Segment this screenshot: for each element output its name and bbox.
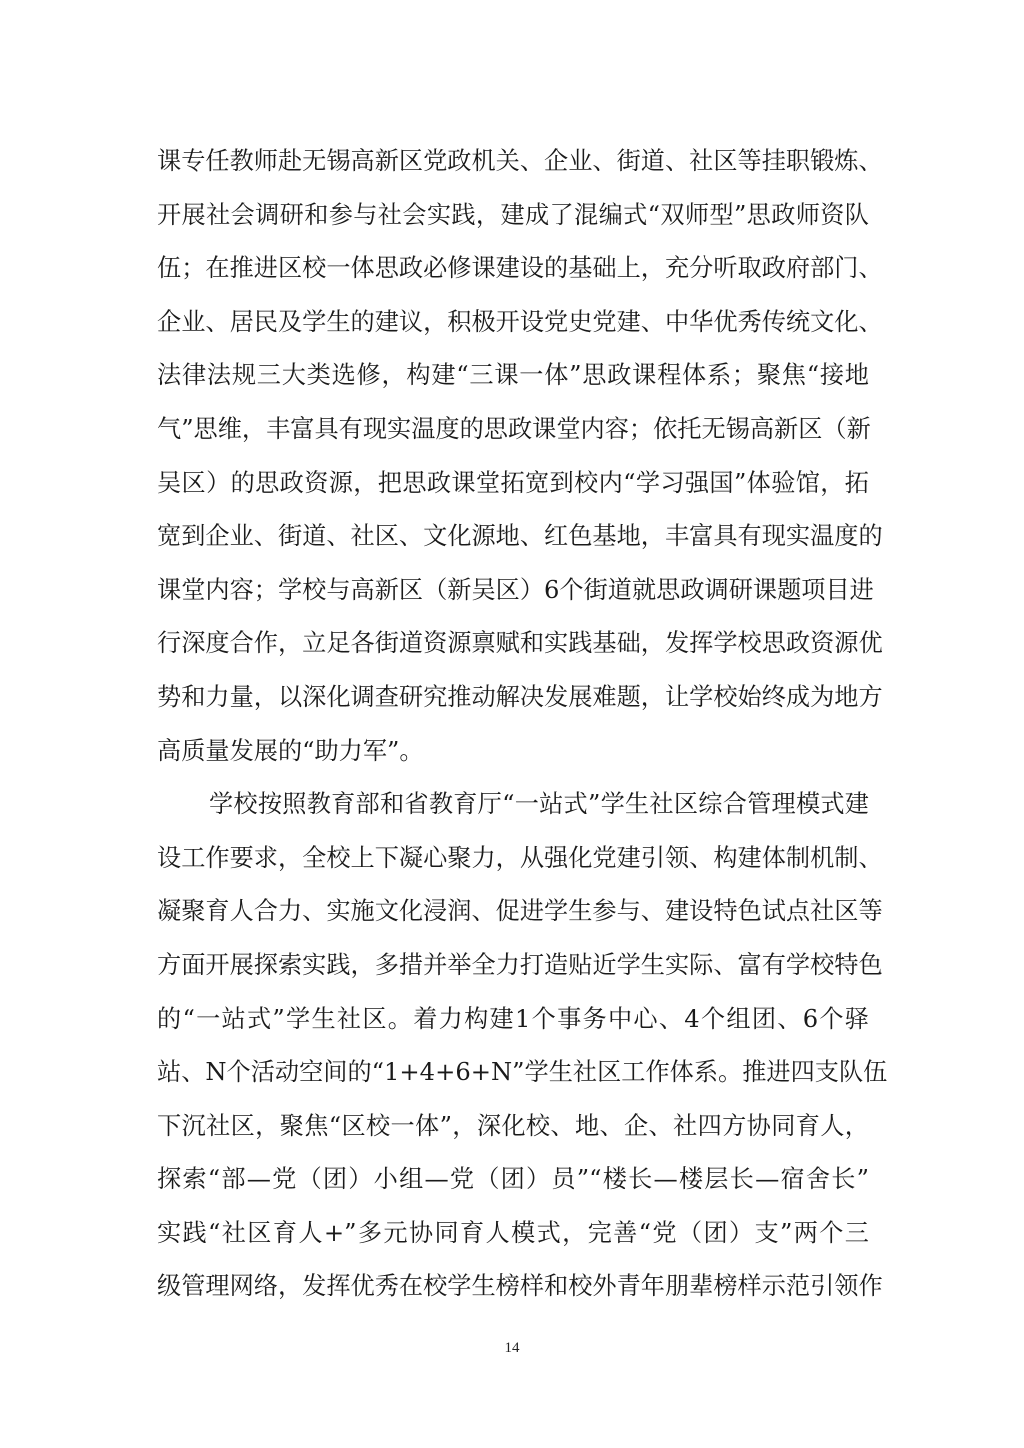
text-line: 探索“部—党（团）小组—党（团）员”“楼长—楼层长—宿舍长” [157, 1153, 869, 1207]
paragraph-2: 学校按照教育部和省教育厅“一站式”学生社区综合管理模式建 设工作要求，全校上下凝… [157, 778, 869, 1314]
text-line: 课堂内容；学校与高新区（新吴区）6个街道就思政调研课题项目进 [157, 564, 869, 618]
text-line: 下沉社区，聚焦“区校一体”，深化校、地、企、社四方协同育人， [157, 1100, 869, 1154]
text-line: 凝聚育人合力、实施文化浸润、促进学生参与、建设特色试点社区等 [157, 885, 869, 939]
text-line: 吴区）的思政资源，把思政课堂拓宽到校内“学习强国”体验馆，拓 [157, 457, 869, 511]
paragraph-1: 课专任教师赴无锡高新区党政机关、企业、街道、社区等挂职锻炼、 开展社会调研和参与… [157, 135, 869, 778]
body-text: 课专任教师赴无锡高新区党政机关、企业、街道、社区等挂职锻炼、 开展社会调研和参与… [157, 135, 869, 1314]
text-line: 站、N个活动空间的“1+4+6+N”学生社区工作体系。推进四支队伍 [157, 1046, 869, 1100]
document-page: 课专任教师赴无锡高新区党政机关、企业、街道、社区等挂职锻炼、 开展社会调研和参与… [0, 0, 1024, 1448]
text-line: 的“一站式”学生社区。着力构建1个事务中心、4个组团、6个驿 [157, 993, 869, 1047]
text-line: 高质量发展的“助力军”。 [157, 725, 869, 779]
text-line: 方面开展探索实践，多措并举全力打造贴近学生实际、富有学校特色 [157, 939, 869, 993]
text-line: 势和力量，以深化调查研究推动解决发展难题，让学校始终成为地方 [157, 671, 869, 725]
text-line: 伍；在推进区校一体思政必修课建设的基础上，充分听取政府部门、 [157, 242, 869, 296]
text-line: 行深度合作，立足各街道资源禀赋和实践基础，发挥学校思政资源优 [157, 617, 869, 671]
text-line: 企业、居民及学生的建议，积极开设党史党建、中华优秀传统文化、 [157, 296, 869, 350]
text-line: 气”思维，丰富具有现实温度的思政课堂内容；依托无锡高新区（新 [157, 403, 869, 457]
text-line: 法律法规三大类选修，构建“三课一体”思政课程体系；聚焦“接地 [157, 349, 869, 403]
text-line: 设工作要求，全校上下凝心聚力，从强化党建引领、构建体制机制、 [157, 832, 869, 886]
text-line: 学校按照教育部和省教育厅“一站式”学生社区综合管理模式建 [157, 778, 869, 832]
text-line: 宽到企业、街道、社区、文化源地、红色基地，丰富具有现实温度的 [157, 510, 869, 564]
text-line: 开展社会调研和参与社会实践，建成了混编式“双师型”思政师资队 [157, 189, 869, 243]
text-line: 实践“社区育人+”多元协同育人模式，完善“党（团）支”两个三 [157, 1207, 869, 1261]
page-number: 14 [0, 1340, 1024, 1357]
text-line: 课专任教师赴无锡高新区党政机关、企业、街道、社区等挂职锻炼、 [157, 135, 869, 189]
text-line: 级管理网络，发挥优秀在校学生榜样和校外青年朋辈榜样示范引领作 [157, 1260, 869, 1314]
